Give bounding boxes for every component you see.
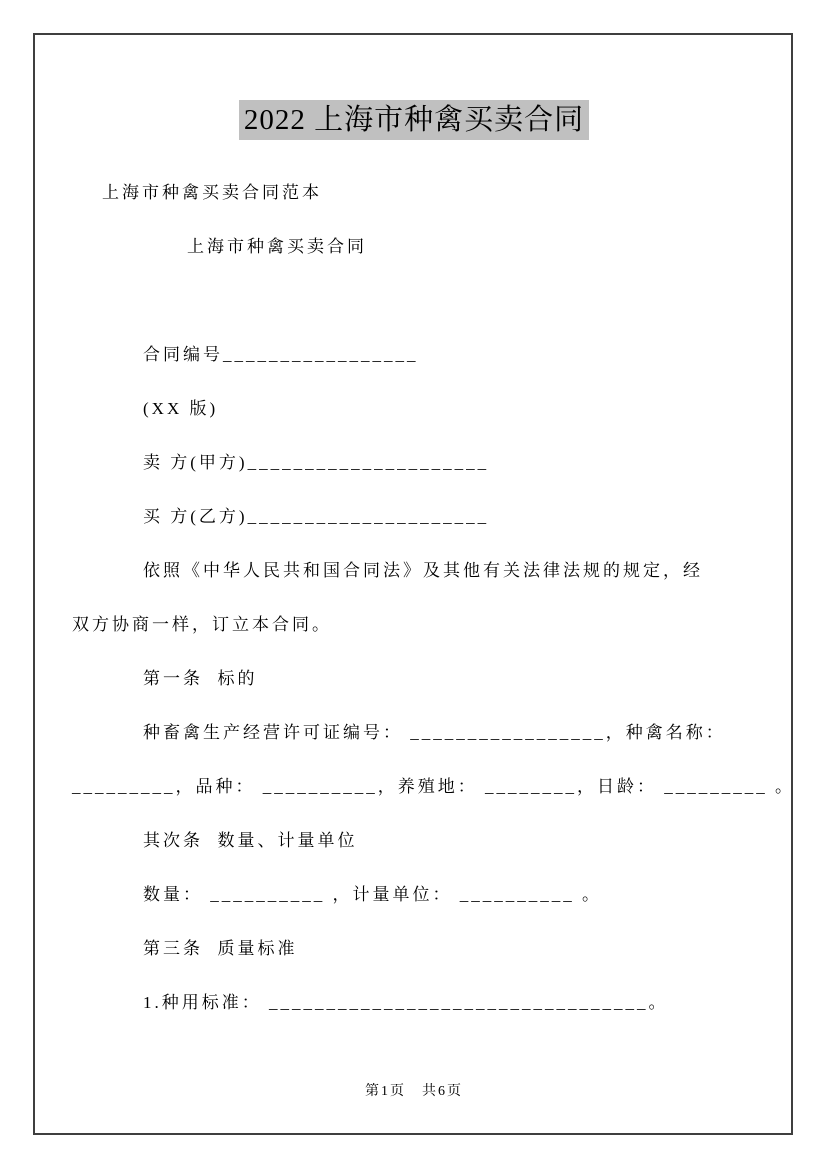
document-body: 上海市种禽买卖合同范本上海市种禽买卖合同合同编号________________… [72, 166, 778, 1030]
text-line: 第一条 标的 [143, 652, 778, 706]
text-line: 种畜禽生产经营许可证编号： _________________，种禽名称： [143, 706, 778, 760]
document-title: 2022 上海市种禽买卖合同 [239, 100, 589, 140]
page-number-current: 第1页 [365, 1084, 406, 1099]
text-line: 上海市种禽买卖合同 [187, 220, 778, 274]
text-line: 合同编号_________________ [143, 328, 778, 382]
text-line: 买 方(乙方)_____________________ [143, 490, 778, 544]
text-line [72, 274, 778, 328]
text-line: 依照《中华人民共和国合同法》及其他有关法律法规的规定，经 [143, 544, 778, 598]
title-row: 2022 上海市种禽买卖合同 [35, 100, 793, 140]
text-line: 数量： __________ ，计量单位： __________ 。 [143, 868, 778, 922]
text-line: (XX 版) [143, 382, 778, 436]
text-line: 第三条 质量标准 [143, 922, 778, 976]
text-line: 1.种用标准： ________________________________… [143, 976, 778, 1030]
text-line: _________，品种： __________，养殖地： ________，日… [72, 760, 778, 814]
text-line: 其次条 数量、计量单位 [143, 814, 778, 868]
page-footer: 第1页共6页 [35, 1080, 793, 1100]
page-number-total: 共6页 [422, 1084, 463, 1099]
text-line: 上海市种禽买卖合同范本 [102, 166, 778, 220]
text-line: 卖 方(甲方)_____________________ [143, 436, 778, 490]
text-line: 双方协商一样，订立本合同。 [72, 598, 778, 652]
document-page: 2022 上海市种禽买卖合同 上海市种禽买卖合同范本上海市种禽买卖合同合同编号_… [0, 0, 827, 1170]
